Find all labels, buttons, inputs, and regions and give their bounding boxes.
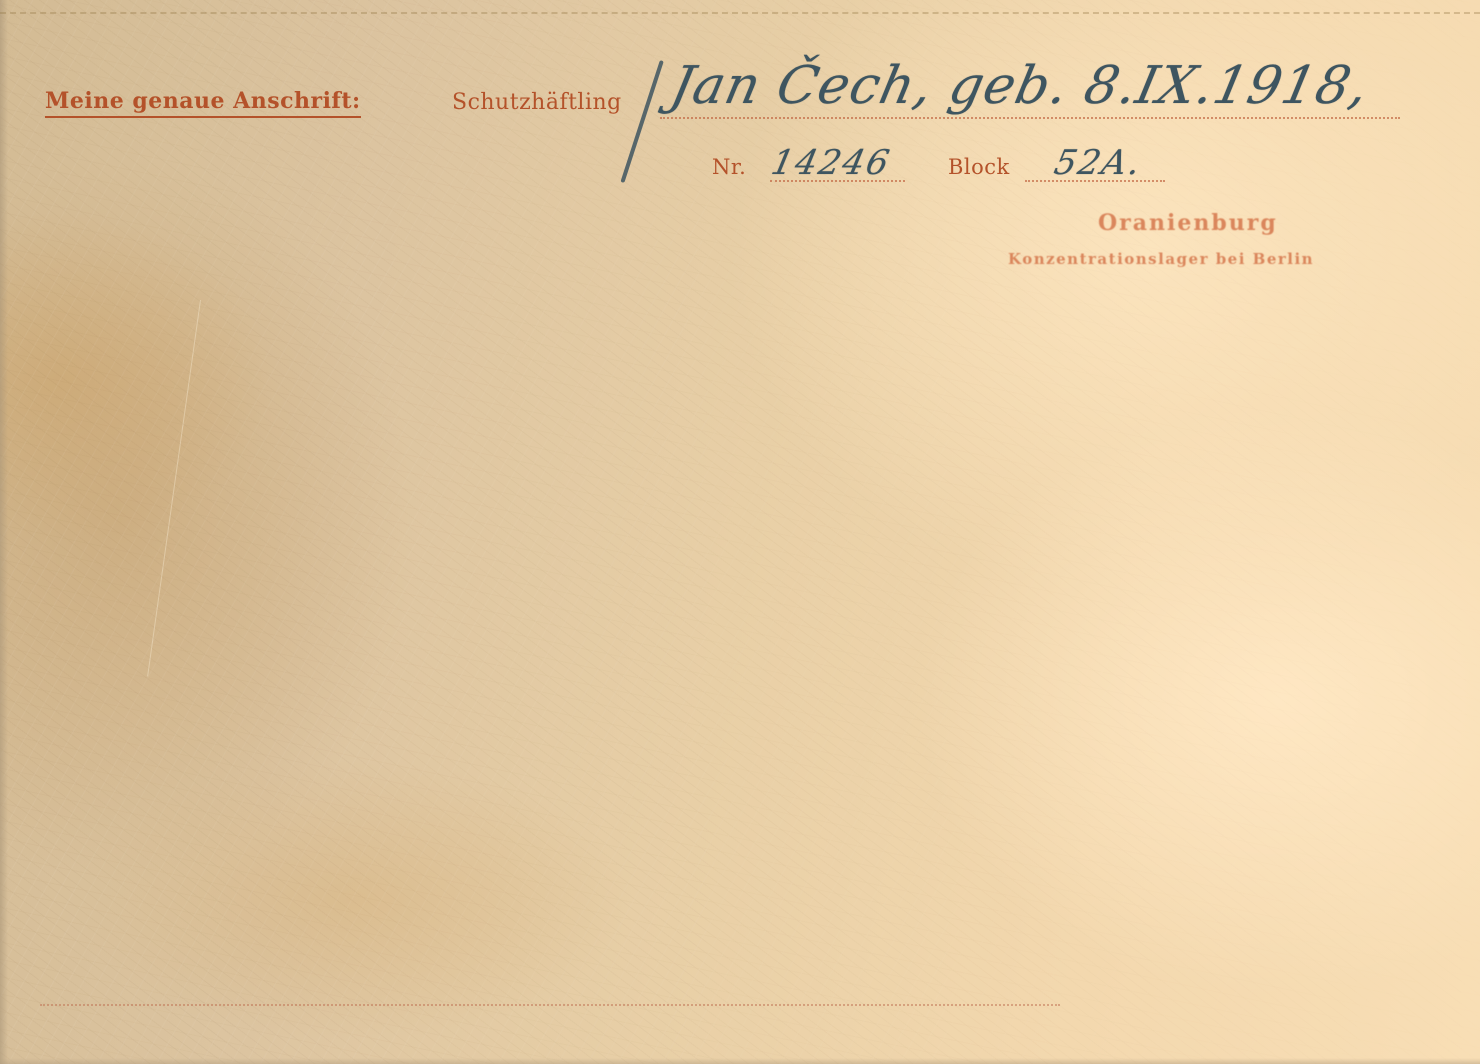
- block-label: Block: [948, 155, 1010, 179]
- stamp-camp-name: Konzentrationslager bei Berlin: [1008, 250, 1314, 268]
- handwritten-name-birthdate: Jan Čech, geb. 8.IX.1918,: [666, 56, 1375, 116]
- handwritten-prisoner-number: 14246: [768, 143, 895, 183]
- paper-left-edge: [0, 0, 8, 1064]
- bottom-perforation: [40, 1004, 1060, 1006]
- address-label: Meine genaue Anschrift:: [45, 88, 361, 118]
- handwritten-block: 52A.: [1051, 143, 1146, 183]
- top-fold-line: [0, 12, 1480, 14]
- prisoner-label: Schutzhäftling: [452, 90, 622, 115]
- stamp-city: Oranienburg: [1098, 210, 1278, 236]
- name-dotted-line: [660, 117, 1400, 119]
- number-label: Nr.: [712, 155, 746, 179]
- letter-sheet: Meine genaue Anschrift: Schutzhäftling N…: [0, 0, 1480, 1064]
- paper-bottom-edge: [0, 1058, 1480, 1064]
